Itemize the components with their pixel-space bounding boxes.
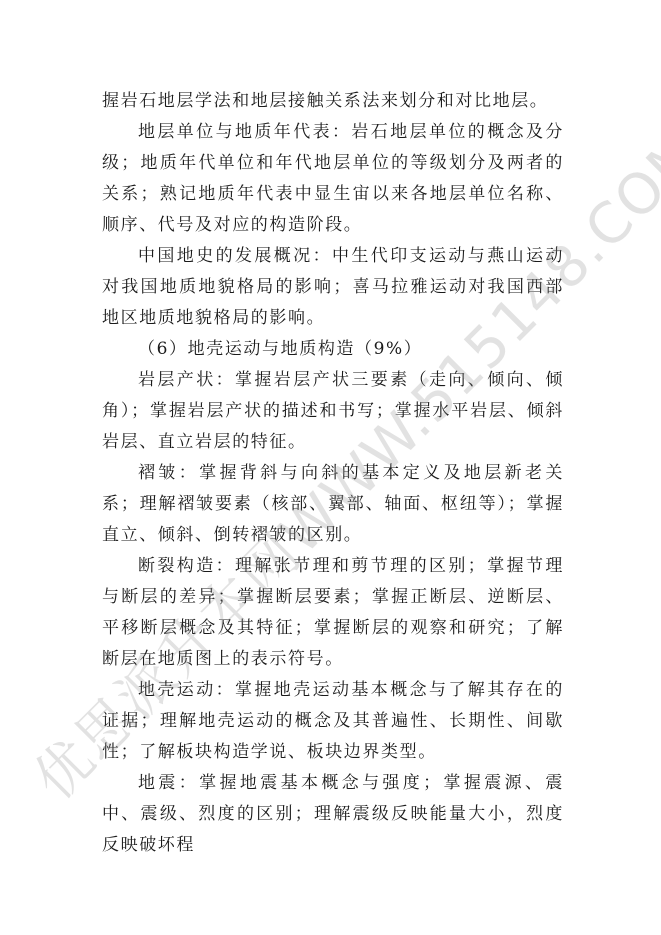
paragraph-stratigraphic-units: 地层单位与地质年代表：岩石地层单位的概念及分级；地质年代单位和年代地层单位的等级… [102, 117, 564, 241]
paragraph-china-geohistory: 中国地史的发展概况：中生代印支运动与燕山运动对我国地质地貌格局的影响；喜马拉雅运… [102, 241, 564, 334]
paragraph-crustal-movement: 地壳运动：掌握地壳运动基本概念与了解其存在的证据；理解地壳运动的概念及其普遍性、… [102, 675, 564, 768]
paragraph-earthquake: 地震：掌握地震基本概念与强度；掌握震源、震中、震级、烈度的区别；理解震级反映能量… [102, 768, 564, 861]
document-page: 握岩石地层学法和地层接触关系法来划分和对比地层。 地层单位与地质年代表：岩石地层… [102, 86, 564, 861]
paragraph-continuation: 握岩石地层学法和地层接触关系法来划分和对比地层。 [102, 86, 564, 117]
section-heading: （6）地壳运动与地质构造（9%） [102, 334, 564, 365]
paragraph-folds: 褶皱：掌握背斜与向斜的基本定义及地层新老关系；理解褶皱要素（核部、翼部、轴面、枢… [102, 458, 564, 551]
paragraph-rock-attitude: 岩层产状：掌握岩层产状三要素（走向、倾向、倾角）；掌握岩层产状的描述和书写；掌握… [102, 365, 564, 458]
paragraph-faults: 断裂构造：理解张节理和剪节理的区别；掌握节理与断层的差异；掌握断层要素；掌握正断… [102, 551, 564, 675]
